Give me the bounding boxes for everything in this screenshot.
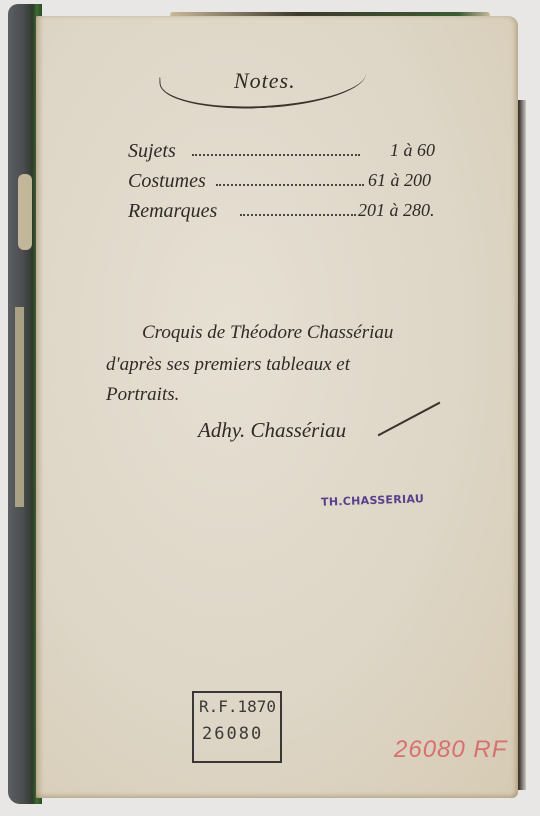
page-title: Notes. — [234, 68, 296, 94]
inventory-stamp-line-2: 26080 — [202, 724, 263, 744]
contents-range: 201 à 280. — [358, 200, 435, 221]
signature-flourish — [378, 402, 441, 437]
contents-label: Costumes — [128, 170, 206, 193]
contents-row-remarques: Remarques 201 à 280. — [128, 200, 458, 226]
title-block: Notes. — [156, 54, 376, 114]
contents-label: Sujets — [128, 140, 176, 163]
flyleaf-page: Notes. Sujets 1 à 60 Costumes 61 à 200 R… — [36, 16, 518, 798]
note-line-3: Portraits. — [106, 384, 179, 406]
contents-range: 61 à 200 — [368, 170, 431, 191]
inventory-stamp: R.F.1870 26080 — [192, 691, 282, 763]
note-line-1: Croquis de Théodore Chassériau — [142, 322, 393, 344]
contents-row-costumes: Costumes 61 à 200 — [128, 170, 458, 196]
collector-stamp: TH.CHASSERIAU — [321, 492, 425, 509]
leader-dots — [240, 214, 356, 216]
spine-label — [18, 174, 32, 250]
red-inventory-number: 26080 RF — [394, 736, 507, 764]
spine-strip — [15, 307, 24, 507]
contents-row-sujets: Sujets 1 à 60 — [128, 140, 458, 166]
note-line-2: d'après ses premiers tableaux et — [106, 354, 350, 376]
inventory-stamp-line-1: R.F.1870 — [199, 697, 276, 716]
leader-dots — [216, 184, 364, 186]
contents-label: Remarques — [128, 200, 217, 223]
contents-range: 1 à 60 — [390, 140, 435, 161]
signature: Adhy. Chassériau — [198, 418, 346, 443]
leader-dots — [192, 154, 360, 156]
